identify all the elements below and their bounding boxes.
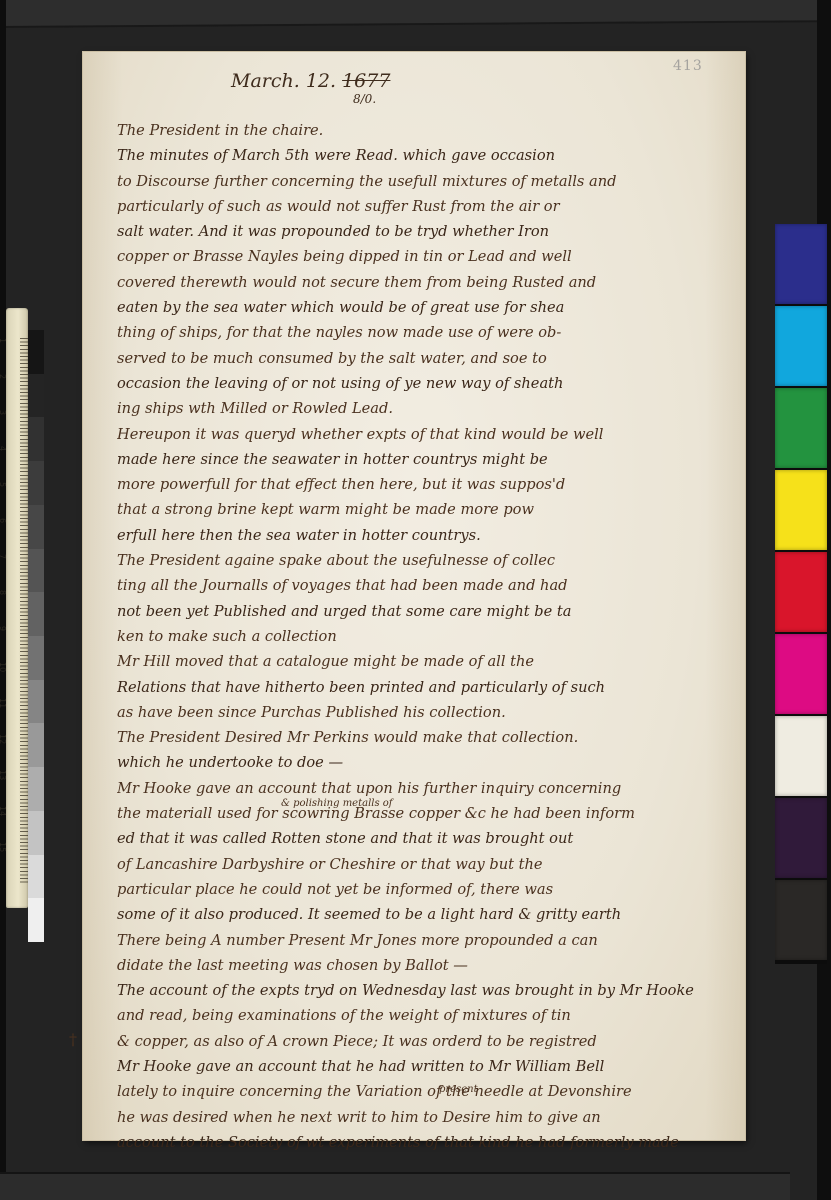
grayscale-patch: [28, 549, 44, 593]
manuscript-line: ed that it was called Rotten stone and t…: [117, 826, 739, 851]
grayscale-patch: [28, 723, 44, 767]
color-checker: [775, 224, 827, 964]
manuscript-line: ing ships wth Milled or Rowled Lead.: [117, 396, 739, 421]
manuscript-line: and read, being examinations of the weig…: [117, 1003, 739, 1028]
grayscale-patch: [28, 374, 44, 418]
grayscale-patch: [28, 417, 44, 461]
color-patch-blue: [775, 224, 827, 304]
manuscript-line: The President Desired Mr Perkins would m…: [117, 725, 739, 750]
manuscript-line: of Lancashire Darbyshire or Cheshire or …: [117, 852, 739, 877]
grayscale-patch: [28, 767, 44, 811]
manuscript-line: Relations that have hitherto been printe…: [117, 675, 739, 700]
manuscript-line: copper or Brasse Nayles being dipped in …: [117, 244, 739, 269]
color-patch-green: [775, 388, 827, 468]
ruler-label: 5: [0, 482, 7, 492]
measurement-ruler: 1 2 3 4 5 6 7 8 9 10 11 12 13 14 15: [6, 308, 28, 908]
grayscale-patch: [28, 898, 44, 942]
manuscript-line: & copper, as also of A crown Piece; It w…: [117, 1029, 739, 1054]
manuscript-line: particularly of such as would not suffer…: [117, 194, 739, 219]
color-patch-cyan: [775, 306, 827, 386]
ruler-label: 7: [0, 554, 7, 564]
grayscale-patch: [28, 855, 44, 899]
manuscript-line: Mr Hooke gave an account that upon his f…: [117, 776, 739, 801]
manuscript-line: some of it also produced. It seemed to b…: [117, 902, 739, 927]
bottom-mount-board: [0, 1172, 790, 1200]
grayscale-patch: [28, 461, 44, 505]
top-mount-board: [0, 0, 831, 28]
color-patch-dark-purple: [775, 798, 827, 878]
grayscale-patch: [28, 505, 44, 549]
grayscale-strip: [28, 330, 44, 942]
manuscript-line: erfull here then the sea water in hotter…: [117, 523, 739, 548]
color-patch-yellow: [775, 470, 827, 550]
marginal-cross-mark: †: [69, 1030, 77, 1049]
manuscript-line: as have been since Purchas Published his…: [117, 700, 739, 725]
ruler-label: 6: [0, 518, 7, 528]
manuscript-line: made here since the seawater in hotter c…: [117, 447, 739, 472]
manuscript-line: salt water. And it was propounded to be …: [117, 219, 739, 244]
manuscript-line: ken to make such a collection: [117, 624, 739, 649]
manuscript-line: ting all the Journalls of voyages that h…: [117, 573, 739, 598]
manuscript-line: not been yet Published and urged that so…: [117, 599, 739, 624]
date-year-struck: 1677: [342, 70, 390, 92]
manuscript-line: Mr Hooke gave an account that he had wri…: [117, 1054, 739, 1079]
manuscript-text: The President in the chaire.The minutes …: [117, 118, 739, 1155]
manuscript-line: occasion the leaving of or not using of …: [117, 371, 739, 396]
manuscript-line: particular place he could not yet be inf…: [117, 877, 739, 902]
ruler-label: 15: [0, 842, 7, 852]
manuscript-line: that a strong brine kept warm might be m…: [117, 497, 739, 522]
manuscript-line: Mr Hill moved that a catalogue might be …: [117, 649, 739, 674]
manuscript-line: The President againe spake about the use…: [117, 548, 739, 573]
manuscript-line: Hereupon it was queryd whether expts of …: [117, 422, 739, 447]
ruler-label: 9: [0, 626, 7, 636]
manuscript-line: covered therewth would not secure them f…: [117, 270, 739, 295]
manuscript-line: to Discourse further concerning the usef…: [117, 169, 739, 194]
manuscript-line: There being A number Present Mr Jones mo…: [117, 928, 739, 953]
grayscale-patch: [28, 592, 44, 636]
grayscale-patch: [28, 680, 44, 724]
ruler-label: 2: [0, 374, 7, 384]
manuscript-line: which he undertooke to doe —: [117, 750, 739, 775]
color-patch-black: [775, 880, 827, 960]
manuscript-line: he was desired when he next writ to him …: [117, 1105, 739, 1130]
date-prefix: March. 12.: [231, 70, 342, 92]
color-patch-white: [775, 716, 827, 796]
ruler-label: 8: [0, 590, 7, 600]
ruler-label: 11: [0, 698, 7, 708]
date-heading: March. 12. 1677: [231, 70, 390, 92]
date-year-correction: 8/0.: [353, 92, 376, 106]
manuscript-line: The President in the chaire.: [117, 118, 739, 143]
manuscript-line: thing of ships, for that the nayles now …: [117, 320, 739, 345]
manuscript-line: the materiall used for scowring Brasse c…: [117, 801, 739, 826]
color-patch-magenta: [775, 634, 827, 714]
ruler-label: 10: [0, 662, 7, 672]
ruler-label: 14: [0, 806, 7, 816]
manuscript-line: lately to inquire concerning the Variati…: [117, 1079, 739, 1104]
manuscript-page: 413 March. 12. 1677 8/0. & polishing met…: [83, 52, 745, 1140]
ruler-label: 3: [0, 410, 7, 420]
color-patch-red: [775, 552, 827, 632]
manuscript-line: account to the Society of wt experiments…: [117, 1130, 739, 1155]
ruler-label: 4: [0, 446, 7, 456]
folio-number: 413: [673, 58, 703, 74]
grayscale-patch: [28, 636, 44, 680]
manuscript-line: The minutes of March 5th were Read. whic…: [117, 143, 739, 168]
ruler-label: 12: [0, 734, 7, 744]
manuscript-line: eaten by the sea water which would be of…: [117, 295, 739, 320]
ruler-label: 13: [0, 770, 7, 780]
manuscript-line: didate the last meeting was chosen by Ba…: [117, 953, 739, 978]
grayscale-patch: [28, 811, 44, 855]
grayscale-patch: [28, 330, 44, 374]
manuscript-line: The account of the expts tryd on Wednesd…: [117, 978, 739, 1003]
ruler-label: 1: [0, 338, 7, 348]
manuscript-viewer: 1 2 3 4 5 6 7 8 9 10 11 12 13 14 15 413 …: [0, 0, 831, 1200]
manuscript-line: more powerfull for that effect then here…: [117, 472, 739, 497]
manuscript-line: served to be much consumed by the salt w…: [117, 346, 739, 371]
